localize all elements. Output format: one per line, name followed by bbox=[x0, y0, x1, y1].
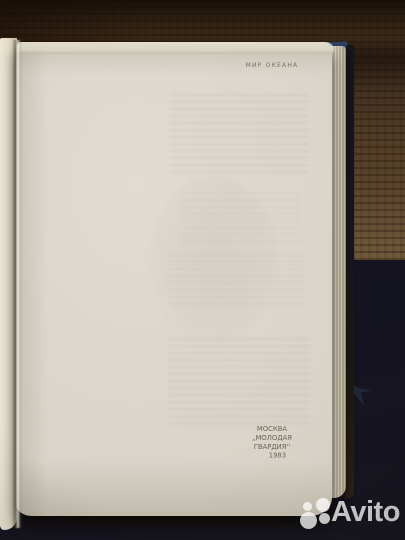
avito-logo-icon bbox=[303, 502, 312, 511]
avito-logo-icon bbox=[316, 498, 330, 512]
avito-wordmark: Avito bbox=[331, 496, 400, 529]
avito-logo-icon bbox=[319, 513, 330, 524]
book-gutter-crease bbox=[12, 40, 22, 528]
avito-watermark: Avito bbox=[297, 495, 403, 533]
imprint-year: 1983 bbox=[241, 452, 302, 461]
imprint-publisher-line1: „МОЛОДАЯ bbox=[241, 434, 302, 443]
imprint-city: МОСКВА bbox=[241, 425, 302, 434]
page-top-edge bbox=[16, 42, 334, 54]
series-title: МИР ОКЕАНА bbox=[239, 62, 305, 69]
book-cover-edge bbox=[345, 45, 354, 498]
imprint-block: МОСКВА „МОЛОДАЯ ГВАРДИЯ'' 1983 bbox=[241, 425, 302, 460]
imprint-publisher-line2: ГВАРДИЯ'' bbox=[241, 443, 302, 452]
photo-book-title-page: МИР ОКЕАНА МОСКВА „МОЛОДАЯ ГВАРДИЯ'' 198… bbox=[0, 0, 405, 540]
avito-logo-icon bbox=[300, 512, 317, 529]
